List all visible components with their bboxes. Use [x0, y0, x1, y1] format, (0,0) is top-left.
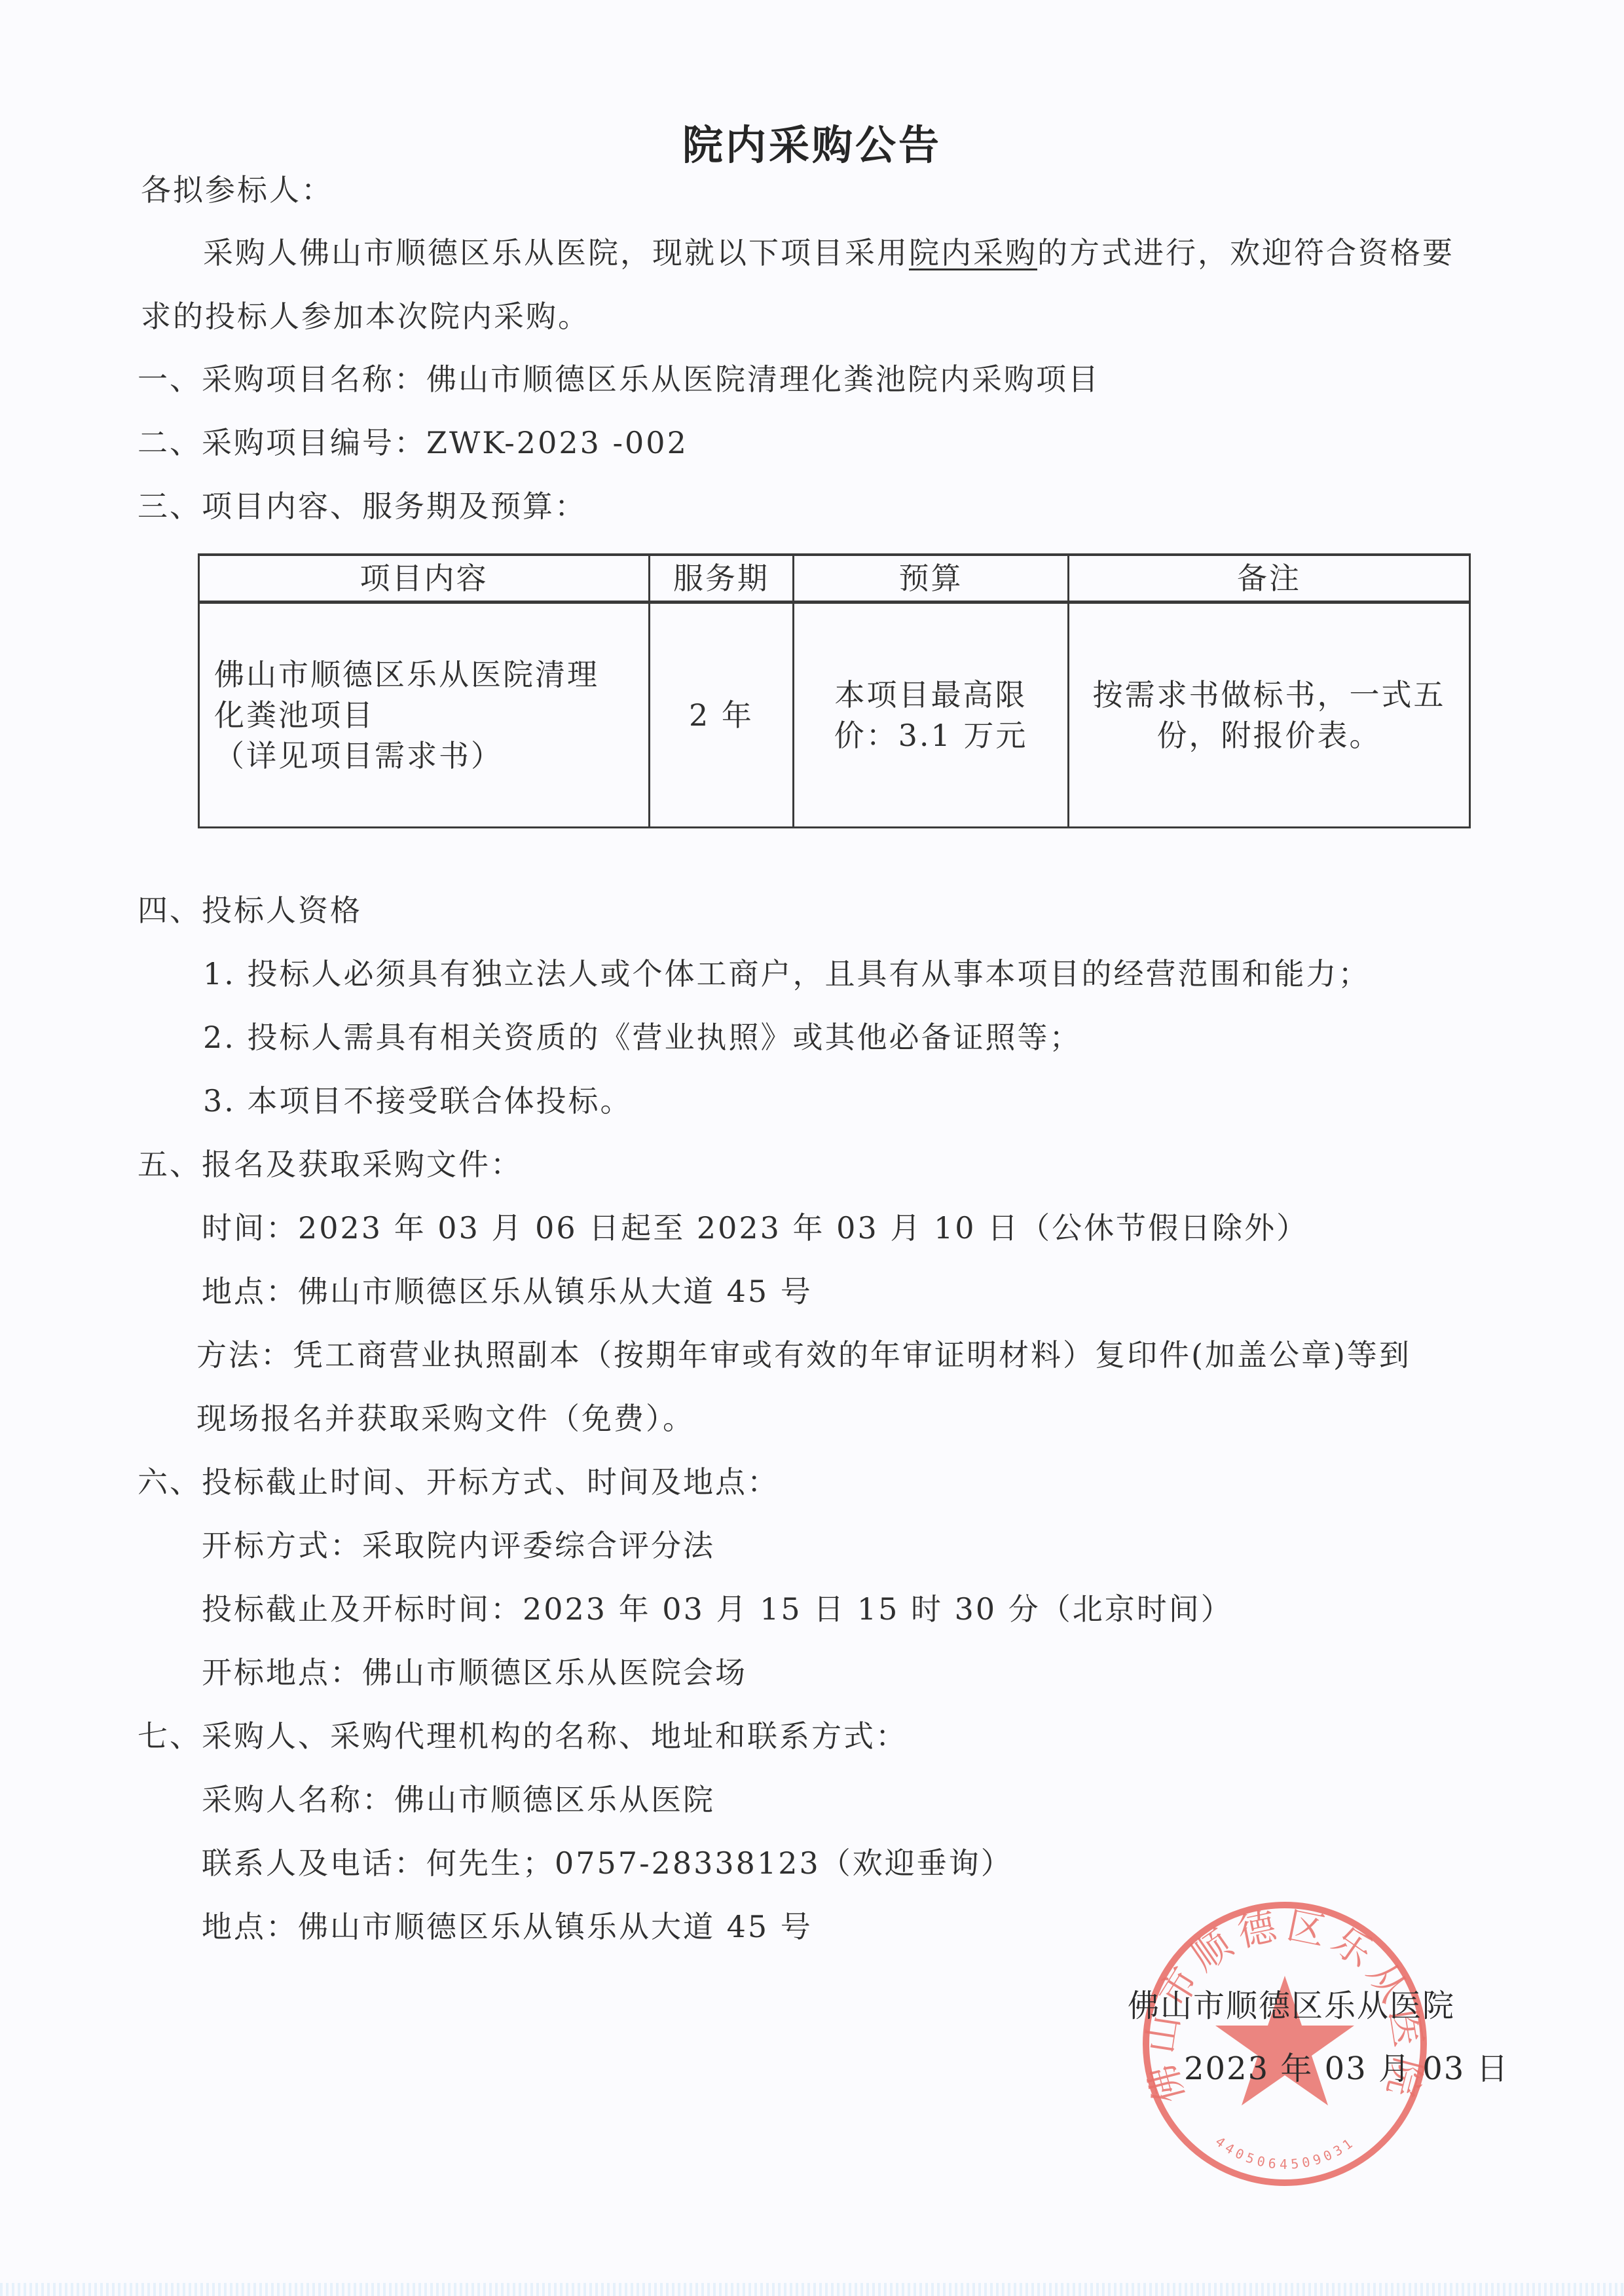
- purchaser-address: 地点：佛山市顺德区乐从镇乐从大道 45 号: [202, 1908, 813, 1945]
- salutation: 各拟参标人：: [141, 172, 333, 208]
- table-row: 佛山市顺德区乐从医院清理 化粪池项目 （详见项目需求书） 2 年 本项目最高限 …: [199, 602, 1470, 828]
- cell-remark-line1: 按需求书做标书，一式五: [1077, 675, 1461, 715]
- registration-method-line1: 方法：凭工商营业执照副本（按期年审或有效的年审证明材料）复印件(加盖公章)等到: [196, 1337, 1411, 1373]
- intro-paragraph-line2: 求的投标人参加本次院内采购。: [141, 298, 590, 335]
- procurement-notice-page: 院内采购公告 各拟参标人： 采购人佛山市顺德区乐从医院，现就以下项目采用院内采购…: [0, 0, 1624, 2296]
- qualification-item-1: 1. 投标人必须具有独立法人或个体工商户，且具有从事本项目的经营范围和能力；: [203, 955, 1371, 992]
- signature-date: 2023 年 03 月 03 日: [1184, 2043, 1509, 2088]
- cell-remark-line2: 份，附报价表。: [1077, 715, 1461, 756]
- cell-content: 佛山市顺德区乐从医院清理 化粪池项目 （详见项目需求书）: [199, 602, 650, 828]
- svg-text:4405064509031: 4405064509031: [1213, 2134, 1359, 2172]
- cell-content-line3: （详见项目需求书）: [214, 735, 640, 776]
- section-4-heading: 四、投标人资格: [138, 892, 362, 929]
- intro-text-after: 的方式进行，欢迎符合资格要: [1037, 235, 1454, 270]
- section-5-heading: 五、报名及获取采购文件：: [138, 1146, 523, 1183]
- header-remark: 备注: [1069, 555, 1470, 602]
- bid-opening-place: 开标地点：佛山市顺德区乐从医院会场: [202, 1654, 747, 1691]
- cell-period: 2 年: [650, 602, 794, 828]
- cell-budget-line2: 价：3.1 万元: [802, 715, 1060, 756]
- scan-edge-artifact: [0, 2283, 1624, 2296]
- qualification-item-3: 3. 本项目不接受联合体投标。: [203, 1083, 633, 1119]
- header-period: 服务期: [650, 555, 794, 602]
- registration-time: 时间：2023 年 03 月 06 日起至 2023 年 03 月 10 日（公…: [202, 1210, 1308, 1246]
- seal-number: 4405064509031: [1213, 2134, 1359, 2172]
- registration-place: 地点：佛山市顺德区乐从镇乐从大道 45 号: [202, 1273, 813, 1310]
- bid-deadline: 投标截止及开标时间：2023 年 03 月 15 日 15 时 30 分（北京时…: [202, 1591, 1233, 1627]
- cell-content-line2: 化粪池项目: [214, 695, 640, 735]
- purchaser-name: 采购人名称：佛山市顺德区乐从医院: [202, 1781, 715, 1818]
- registration-method-line2: 现场报名并获取采购文件（免费）。: [196, 1400, 695, 1437]
- section-6-heading: 六、投标截止时间、开标方式、时间及地点：: [138, 1464, 779, 1500]
- intro-paragraph-line1: 采购人佛山市顺德区乐从医院，现就以下项目采用院内采购的方式进行，欢迎符合资格要: [203, 234, 1454, 271]
- section-2-project-number: 二、采购项目编号：ZWK-2023 -002: [138, 424, 688, 461]
- section-7-heading: 七、采购人、采购代理机构的名称、地址和联系方式：: [138, 1718, 908, 1754]
- contact-info: 联系人及电话：何先生；0757-28338123（欢迎垂询）: [202, 1845, 1013, 1881]
- bid-opening-method: 开标方式：采取院内评委综合评分法: [202, 1527, 715, 1564]
- intro-text-before: 采购人佛山市顺德区乐从医院，现就以下项目采用: [203, 235, 909, 270]
- header-content: 项目内容: [199, 555, 650, 602]
- header-budget: 预算: [794, 555, 1069, 602]
- cell-remark: 按需求书做标书，一式五 份，附报价表。: [1069, 602, 1470, 828]
- page-title: 院内采购公告: [0, 113, 1624, 171]
- qualification-item-2: 2. 投标人需具有相关资质的《营业执照》或其他必备证照等；: [203, 1019, 1082, 1056]
- intro-underlined-term: 院内采购: [909, 235, 1037, 270]
- project-budget-table: 项目内容 服务期 预算 备注 佛山市顺德区乐从医院清理 化粪池项目 （详见项目需…: [198, 553, 1471, 828]
- cell-budget-line1: 本项目最高限: [802, 675, 1060, 715]
- signature-organization: 佛山市顺德区乐从医院: [1128, 1980, 1455, 2026]
- cell-content-line1: 佛山市顺德区乐从医院清理: [214, 654, 640, 695]
- cell-budget: 本项目最高限 价：3.1 万元: [794, 602, 1069, 828]
- section-1-project-name: 一、采购项目名称：佛山市顺德区乐从医院清理化粪池院内采购项目: [138, 361, 1100, 398]
- section-3-heading: 三、项目内容、服务期及预算：: [138, 488, 587, 525]
- table-header-row: 项目内容 服务期 预算 备注: [199, 555, 1470, 602]
